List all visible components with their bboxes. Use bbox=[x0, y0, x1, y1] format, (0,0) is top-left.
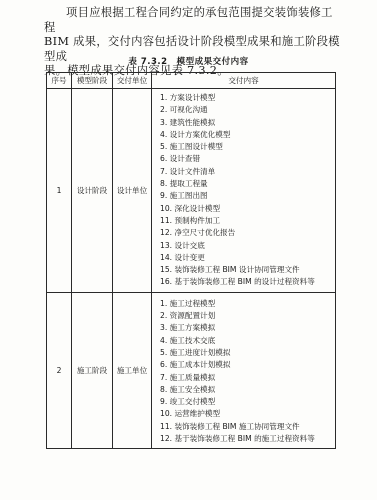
list-item: 11. 预制构件加工 bbox=[160, 215, 335, 227]
list-item: 3. 施工方案模拟 bbox=[160, 322, 335, 334]
header-no: 序号 bbox=[47, 73, 72, 89]
list-item: 12. 基于装饰装修工程 BIM 的施工过程资料等 bbox=[160, 433, 335, 445]
row-items: 1. 方案设计模型 2. 可视化沟通 3. 建筑性能模拟 4. 设计方案优化模型… bbox=[152, 89, 336, 293]
list-item: 5. 施工图设计模型 bbox=[160, 141, 335, 153]
list-item: 8. 施工安全模拟 bbox=[160, 384, 335, 396]
list-item: 4. 施工技术交底 bbox=[160, 335, 335, 347]
table-caption: 表 7.3.2 模型成果交付内容 bbox=[0, 55, 377, 67]
paragraph-line-1: 项目应根据工程合同约定的承包范围提交装饰装修工程 bbox=[44, 6, 344, 35]
list-item: 10. 运营维护模型 bbox=[160, 408, 335, 420]
list-item: 14. 设计变更 bbox=[160, 252, 335, 264]
list-item: 16. 基于装饰装修工程 BIM 的设计过程资料等 bbox=[160, 276, 335, 288]
header-stage: 模型阶段 bbox=[72, 73, 113, 89]
row-no: 1 bbox=[47, 89, 72, 293]
list-item: 15. 装饰装修工程 BIM 设计协同管理文件 bbox=[160, 264, 335, 276]
list-item: 2. 资源配置计划 bbox=[160, 310, 335, 322]
list-item: 4. 设计方案优化模型 bbox=[160, 129, 335, 141]
list-item: 11. 装饰装修工程 BIM 施工协同管理文件 bbox=[160, 421, 335, 433]
table-row: 2 施工阶段 施工单位 1. 施工过程模型 2. 资源配置计划 3. 施工方案模… bbox=[47, 292, 336, 449]
header-unit: 交付单位 bbox=[113, 73, 152, 89]
list-item: 9. 施工图出图 bbox=[160, 190, 335, 202]
list-item: 7. 设计文件清单 bbox=[160, 166, 335, 178]
table-header-row: 序号 模型阶段 交付单位 交付内容 bbox=[47, 73, 336, 89]
table-row: 1 设计阶段 设计单位 1. 方案设计模型 2. 可视化沟通 3. 建筑性能模拟… bbox=[47, 89, 336, 293]
list-item: 13. 设计交底 bbox=[160, 240, 335, 252]
list-item: 1. 方案设计模型 bbox=[160, 92, 335, 104]
row-items: 1. 施工过程模型 2. 资源配置计划 3. 施工方案模拟 4. 施工技术交底 … bbox=[152, 292, 336, 449]
list-item: 2. 可视化沟通 bbox=[160, 104, 335, 116]
list-item: 1. 施工过程模型 bbox=[160, 298, 335, 310]
list-item: 6. 设计查错 bbox=[160, 153, 335, 165]
row-stage: 施工阶段 bbox=[72, 292, 113, 449]
row-unit: 设计单位 bbox=[113, 89, 152, 293]
deliverables-table: 序号 模型阶段 交付单位 交付内容 1 设计阶段 设计单位 1. 方案设计模型 … bbox=[46, 72, 336, 449]
list-item: 10. 深化设计模型 bbox=[160, 203, 335, 215]
row-no: 2 bbox=[47, 292, 72, 449]
list-item: 8. 提取工程量 bbox=[160, 178, 335, 190]
list-item: 6. 施工成本计划模拟 bbox=[160, 359, 335, 371]
list-item: 9. 竣工交付模型 bbox=[160, 396, 335, 408]
header-content: 交付内容 bbox=[152, 73, 336, 89]
list-item: 12. 净空尺寸优化报告 bbox=[160, 227, 335, 239]
intro-paragraph: 项目应根据工程合同约定的承包范围提交装饰装修工程 BIM 成果，交付内容包括设计… bbox=[44, 6, 344, 79]
row-unit: 施工单位 bbox=[113, 292, 152, 449]
list-item: 7. 施工质量模拟 bbox=[160, 372, 335, 384]
list-item: 3. 建筑性能模拟 bbox=[160, 117, 335, 129]
row-stage: 设计阶段 bbox=[72, 89, 113, 293]
list-item: 5. 施工进度计划模拟 bbox=[160, 347, 335, 359]
